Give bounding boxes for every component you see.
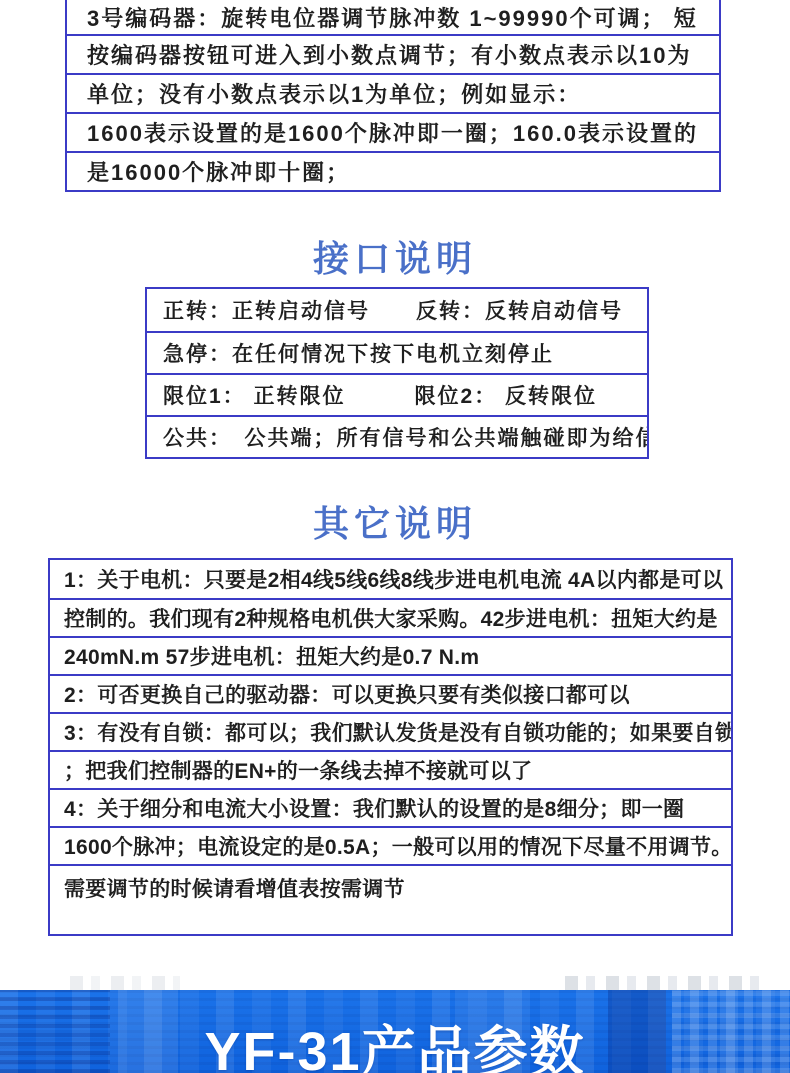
city-skyline-decoration: [565, 976, 760, 991]
table-row: 急停：在任何情况下按下电机立刻停止: [147, 331, 647, 373]
table-row: 公共： 公共端；所有信号和公共端触碰即为给信号: [147, 415, 647, 457]
table-row: 3号编码器：旋转电位器调节脉冲数 1~99990个可调； 短: [67, 0, 719, 34]
table-row: 正转：正转启动信号 反转：反转启动信号: [147, 289, 647, 331]
note-line: 按编码器按钮可进入到小数点调节；有小数点表示以10为: [87, 39, 691, 70]
table-row: 按编码器按钮可进入到小数点调节；有小数点表示以10为: [67, 34, 719, 73]
note-line: 240mN.m 57步进电机：扭矩大约是0.7 N.m: [64, 641, 479, 671]
table-row: 4：关于细分和电流大小设置：我们默认的设置的是8细分；即一圈: [50, 788, 731, 826]
note-line: 4：关于细分和电流大小设置：我们默认的设置的是8细分；即一圈: [64, 793, 684, 823]
note-line: ；把我们控制器的EN+的一条线去掉不接就可以了: [64, 755, 532, 785]
product-params-banner: YF-31产品参数: [0, 990, 790, 1073]
other-notes-table: 1：关于电机：只要是2相4线5线6线8线步进电机电流 4A以内都是可以 控制的。…: [48, 558, 733, 936]
banner-title: YF-31产品参数: [0, 1024, 790, 1073]
table-row: 限位1： 正转限位 限位2： 反转限位: [147, 373, 647, 415]
note-line: 是16000个脉冲即十圈；: [87, 156, 350, 187]
encoder-note-table: 3号编码器：旋转电位器调节脉冲数 1~99990个可调； 短 按编码器按钮可进入…: [65, 0, 721, 192]
note-line: 2：可否更换自己的驱动器：可以更换只要有类似接口都可以: [64, 679, 630, 709]
table-row: 单位；没有小数点表示以1为单位；例如显示：: [67, 73, 719, 112]
note-line: 1：关于电机：只要是2相4线5线6线8线步进电机电流 4A以内都是可以: [64, 564, 723, 594]
table-row: 2：可否更换自己的驱动器：可以更换只要有类似接口都可以: [50, 674, 731, 712]
table-row: 需要调节的时候请看增值表按需调节: [50, 864, 731, 934]
note-line: 3号编码器：旋转电位器调节脉冲数 1~99990个可调； 短: [87, 2, 698, 33]
section-title-other: 其它说明: [0, 496, 790, 547]
note-line: 需要调节的时候请看增值表按需调节: [64, 873, 405, 903]
city-skyline-decoration: [70, 976, 180, 991]
table-row: 240mN.m 57步进电机：扭矩大约是0.7 N.m: [50, 636, 731, 674]
note-line: 3：有没有自锁：都可以；我们默认发货是没有自锁功能的；如果要自锁: [64, 717, 731, 747]
table-row: 1600表示设置的是1600个脉冲即一圈；160.0表示设置的: [67, 112, 719, 151]
note-line: 控制的。我们现有2种规格电机供大家采购。42步进电机：扭矩大约是: [64, 603, 718, 633]
note-line: 1600个脉冲；电流设定的是0.5A；一般可以用的情况下尽量不用调节。: [64, 831, 731, 861]
section-title-interface: 接口说明: [0, 231, 790, 282]
signal-line: 急停：在任何情况下按下电机立刻停止: [163, 338, 554, 368]
note-line: 1600表示设置的是1600个脉冲即一圈；160.0表示设置的: [87, 117, 698, 148]
signal-line: 公共： 公共端；所有信号和公共端触碰即为给信号: [163, 422, 647, 452]
table-row: ；把我们控制器的EN+的一条线去掉不接就可以了: [50, 750, 731, 788]
note-line: 单位；没有小数点表示以1为单位；例如显示：: [87, 78, 581, 109]
table-row: 1600个脉冲；电流设定的是0.5A；一般可以用的情况下尽量不用调节。: [50, 826, 731, 864]
interface-signal-table: 正转：正转启动信号 反转：反转启动信号 急停：在任何情况下按下电机立刻停止 限位…: [145, 287, 649, 459]
table-row: 1：关于电机：只要是2相4线5线6线8线步进电机电流 4A以内都是可以: [50, 560, 731, 598]
signal-line: 正转：正转启动信号 反转：反转启动信号: [163, 295, 623, 325]
table-row: 是16000个脉冲即十圈；: [67, 151, 719, 190]
signal-line: 限位1： 正转限位 限位2： 反转限位: [163, 380, 597, 410]
table-row: 3：有没有自锁：都可以；我们默认发货是没有自锁功能的；如果要自锁: [50, 712, 731, 750]
table-row: 控制的。我们现有2种规格电机供大家采购。42步进电机：扭矩大约是: [50, 598, 731, 636]
